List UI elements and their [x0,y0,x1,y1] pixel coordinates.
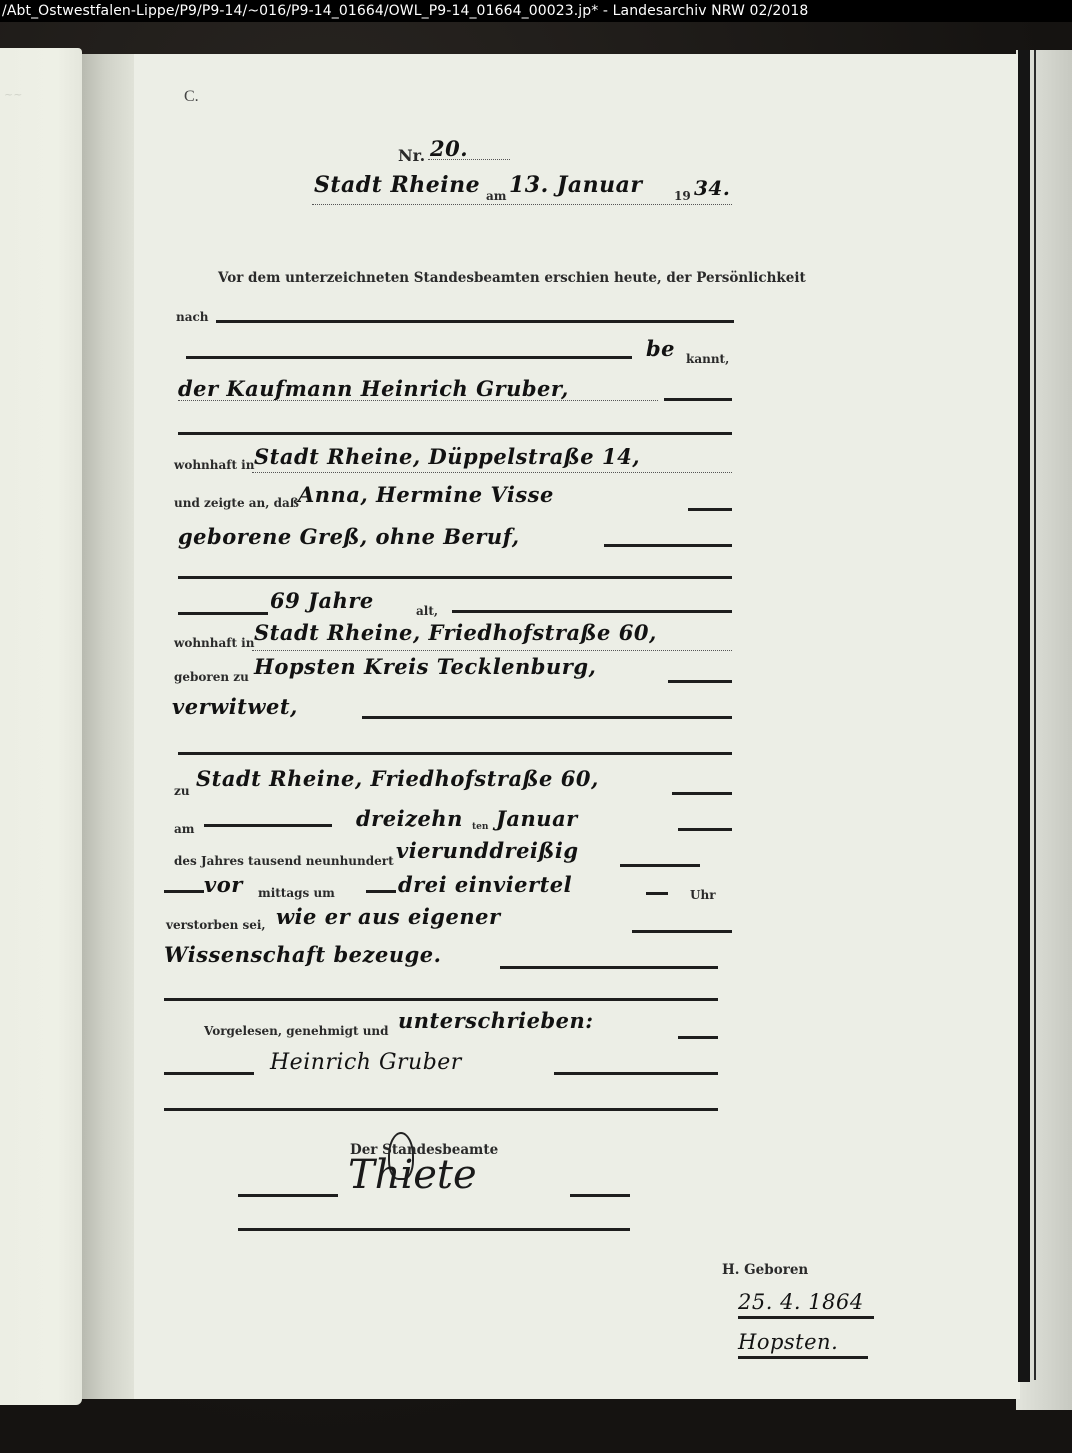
born-label: geboren zu [174,670,249,684]
blank-line [164,1108,718,1111]
known-label: kannt, [686,352,729,366]
fill-line [678,828,732,831]
death-time: drei einviertel [398,872,572,897]
fill-line [362,716,732,719]
birthplace: Hopsten Kreis Tecklenburg, [254,654,596,679]
bleed-through-text: ~~ [4,88,22,101]
blank-line [216,320,734,323]
number-label: Nr. [398,146,425,165]
blank-line [186,356,632,359]
informant-dotline [178,400,658,401]
year-label: des Jahres tausend neunhundert [174,854,394,868]
age-label: alt, [416,604,438,618]
death-place: Stadt Rheine, Friedhofstraße 60, [196,766,599,791]
year-prefix: 19 [674,189,691,203]
fill-line [238,1194,338,1197]
death-month: Januar [496,806,578,831]
window-title: /Abt_Ostwestfalen-Lippe/P9/P9-14/~016/P9… [2,3,808,19]
fill-line [604,544,732,547]
fill-line [164,890,204,893]
fill-line [668,680,732,683]
fill-line [366,890,396,893]
known-handwritten: be [646,336,675,361]
margin-birth-date: 25. 4. 1864 [738,1290,874,1319]
fill-line [452,610,732,613]
mittags-label: mittags um [258,886,335,900]
knowledge-line2: Wissenschaft bezeuge. [164,942,441,967]
intro-text: Vor dem unterzeichneten Standesbeamten e… [218,270,806,286]
death-year-words: vierunddreißig [396,838,579,863]
blank-line [164,998,718,1001]
ampm: vor [204,872,243,897]
corner-mark: C. [184,88,199,106]
informant-name: der Kaufmann Heinrich Gruber, [178,376,569,401]
register-form: C. Nr. 20. Stadt Rheine am 13. Januar 19… [134,54,1020,1399]
margin-note-label: H. Geboren [722,1262,808,1278]
fill-line [178,612,268,615]
residence-dotline [252,650,732,651]
window-title-bar: /Abt_Ostwestfalen-Lippe/P9/P9-14/~016/P9… [0,0,1072,22]
fill-line [570,1194,630,1197]
registration-place: Stadt Rheine [314,172,480,198]
blank-line [178,752,732,755]
died-label: verstorben sei, [166,918,266,932]
fill-line [620,864,700,867]
registrar-signature: Thiete [348,1152,477,1198]
deceased-residence: Stadt Rheine, Friedhofstraße 60, [254,620,657,645]
deceased-name-line1: Anna, Hermine Visse [298,482,554,507]
scan-border-bar [1018,50,1030,1382]
blank-line [178,576,732,579]
fill-line [678,1036,718,1039]
deceased-age: 69 Jahre [270,588,374,613]
number-dotline [428,159,510,160]
marital-status: verwitwet, [172,694,298,719]
fill-line [164,1072,254,1075]
fill-line [554,1072,718,1075]
blank-line [178,432,732,435]
nach-label: nach [176,310,209,324]
zu-label: zu [174,784,190,798]
place-date-dotline [312,204,732,205]
reported-label: und zeigte an, daß [174,496,299,510]
margin-birth-place: Hopsten. [738,1330,868,1359]
death-day: dreizehn [356,806,463,831]
fill-line [632,930,732,933]
fill-line [664,398,732,401]
deceased-name-line2: geborene Greß, ohne Beruf, [178,524,520,549]
death-register-page: C. Nr. 20. Stadt Rheine am 13. Januar 19… [134,54,1020,1399]
fill-line [672,792,732,795]
fill-line [500,966,718,969]
left-page-edge: ~~ [0,48,82,1405]
informant-signature: Heinrich Gruber [270,1050,462,1075]
fill-line [204,824,332,827]
informant-residence: Stadt Rheine, Düppelstraße 14, [254,444,640,469]
deceased-residence-label: wohnhaft in [174,636,254,650]
scan-border-line [1034,50,1036,1380]
registration-date: 13. Januar [509,172,642,198]
ten-label: ten [472,822,488,832]
uhr-label: Uhr [690,888,716,902]
read-approved-label: Vorgelesen, genehmigt und [204,1024,389,1038]
book-gutter [82,54,137,1399]
year-suffix: 34. [694,176,730,200]
entry-number: 20. [430,136,468,161]
residence-label: wohnhaft in [174,458,254,472]
fill-line [646,892,668,895]
read-approved-handwritten: unterschrieben: [398,1008,594,1033]
fill-line [688,508,732,511]
residence-dotline [252,472,732,473]
blank-line [238,1228,630,1231]
am-label-2: am [174,822,194,836]
knowledge-line1: wie er aus eigener [276,904,501,929]
am-label: am [486,189,506,203]
